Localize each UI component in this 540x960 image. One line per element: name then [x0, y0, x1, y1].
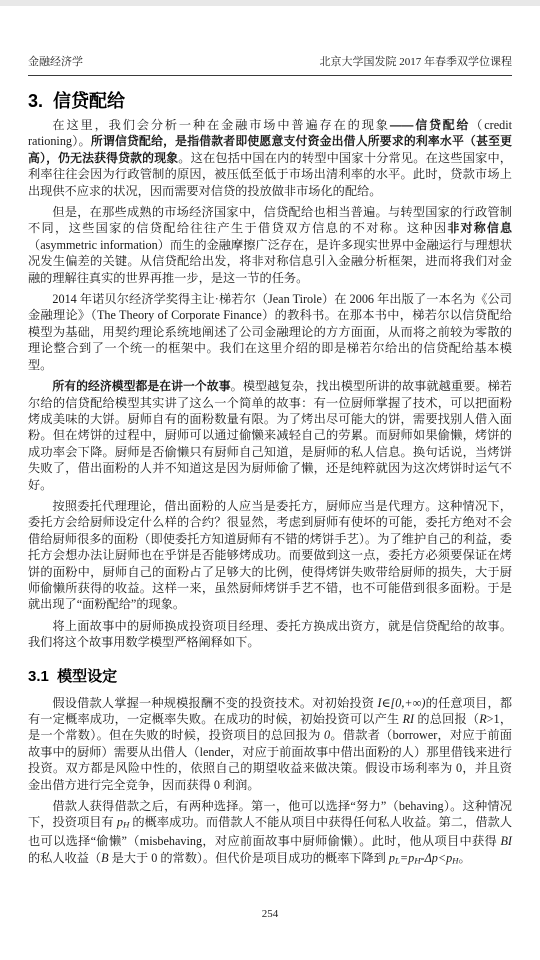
paragraph-baker-story: 所有的经济模型都是在讲一个故事。模型越复杂，找出模型所讲的故事就越重要。梯若尔给…	[28, 378, 512, 493]
paragraph-asymmetric-information: 但是，在那些成熟的市场经济国家中，信贷配给也相当普遍。与转型国家的行政管制不同，…	[28, 204, 512, 286]
text-run: =p	[400, 851, 414, 865]
text-run: BI	[500, 834, 512, 848]
header-course-info: 北京大学国发院 2017 年春季双学位课程	[320, 56, 513, 69]
top-edge-strip	[0, 0, 540, 6]
text-run: （asymmetric information）而生的金融摩擦广泛存在，是许多现…	[28, 238, 512, 285]
section-heading-model-setup: 3.1 模型设定	[28, 667, 512, 686]
chapter-title: 3. 信贷配给	[28, 90, 512, 112]
text-run: 的总回报（	[414, 712, 479, 726]
text-run: 按照委托代理理论，借出面粉的人应当是委托方，厨师应当是代理方。这种情况下，委托方…	[28, 499, 512, 611]
paragraph-principal-agent: 按照委托代理理论，借出面粉的人应当是委托方，厨师应当是代理方。这种情况下，委托方…	[28, 498, 512, 613]
document-page: 金融经济学 北京大学国发院 2017 年春季双学位课程 3. 信贷配给 在这里，…	[0, 0, 540, 960]
paragraph-borrower-choices: 借款人获得借款之后，有两种选择。第一，他可以选择“努力”（behaving）。这…	[28, 798, 512, 869]
text-run: 非对称信息	[447, 221, 512, 235]
paragraph-intro-credit-rationing: 在这里，我们会分析一种在金融市场中普遍存在的现象——信贷配给（credit ra…	[28, 117, 512, 199]
paragraph-transition-to-model: 将上面故事中的厨师换成投资项目经理、委托方换成出资方，就是信贷配给的故事。我们将…	[28, 618, 512, 651]
text-run: I∈[0,+∞)	[377, 696, 425, 710]
paragraph-tirole-textbook: 2014 年诺贝尔经济学奖得主让·梯若尔（Jean Tirole）在 2006 …	[28, 291, 512, 373]
text-run: 。模型越复杂，找出模型所讲的故事就越重要。梯若尔给的信贷配给模型其实讲了这么一个…	[28, 379, 512, 491]
text-run: 是大于 0 的常数）。但代价是项目成功的概率下降到	[109, 851, 389, 865]
text-run: ——信贷配给	[390, 118, 470, 132]
header-rule	[28, 75, 512, 76]
text-run: RI	[403, 712, 415, 726]
text-run: 。	[459, 851, 471, 865]
page-number: 254	[0, 908, 540, 920]
header-course-name: 金融经济学	[28, 56, 83, 69]
text-run: 但是，在那些成熟的市场经济国家中，信贷配给也相当普遍。与转型国家的行政管制不同，…	[28, 205, 512, 235]
page-content: 金融经济学 北京大学国发院 2017 年春季双学位课程 3. 信贷配给 在这里，…	[0, 56, 540, 869]
text-run: 在这里，我们会分析一种在金融市场中普遍存在的现象	[52, 118, 389, 132]
text-run: 的私人收益（	[28, 851, 101, 865]
text-run: 2014 年诺贝尔经济学奖得主让·梯若尔（Jean Tirole）在 2006 …	[28, 292, 512, 372]
text-run: R	[479, 712, 486, 726]
text-run: -Δp<p	[421, 851, 453, 865]
paragraph-model-assumptions: 假设借款人掌握一种规模报酬不变的投资技术。对初始投资 I∈[0,+∞)的任意项目…	[28, 695, 512, 793]
text-run: 将上面故事中的厨师换成投资项目经理、委托方换成出资方，就是信贷配给的故事。我们将…	[28, 619, 512, 649]
running-header: 金融经济学 北京大学国发院 2017 年春季双学位课程	[28, 56, 512, 69]
text-run: B	[101, 851, 108, 865]
text-run: 假设借款人掌握一种规模报酬不变的投资技术。对初始投资	[52, 696, 377, 710]
text-run: 所有的经济模型都是在讲一个故事	[52, 379, 230, 393]
